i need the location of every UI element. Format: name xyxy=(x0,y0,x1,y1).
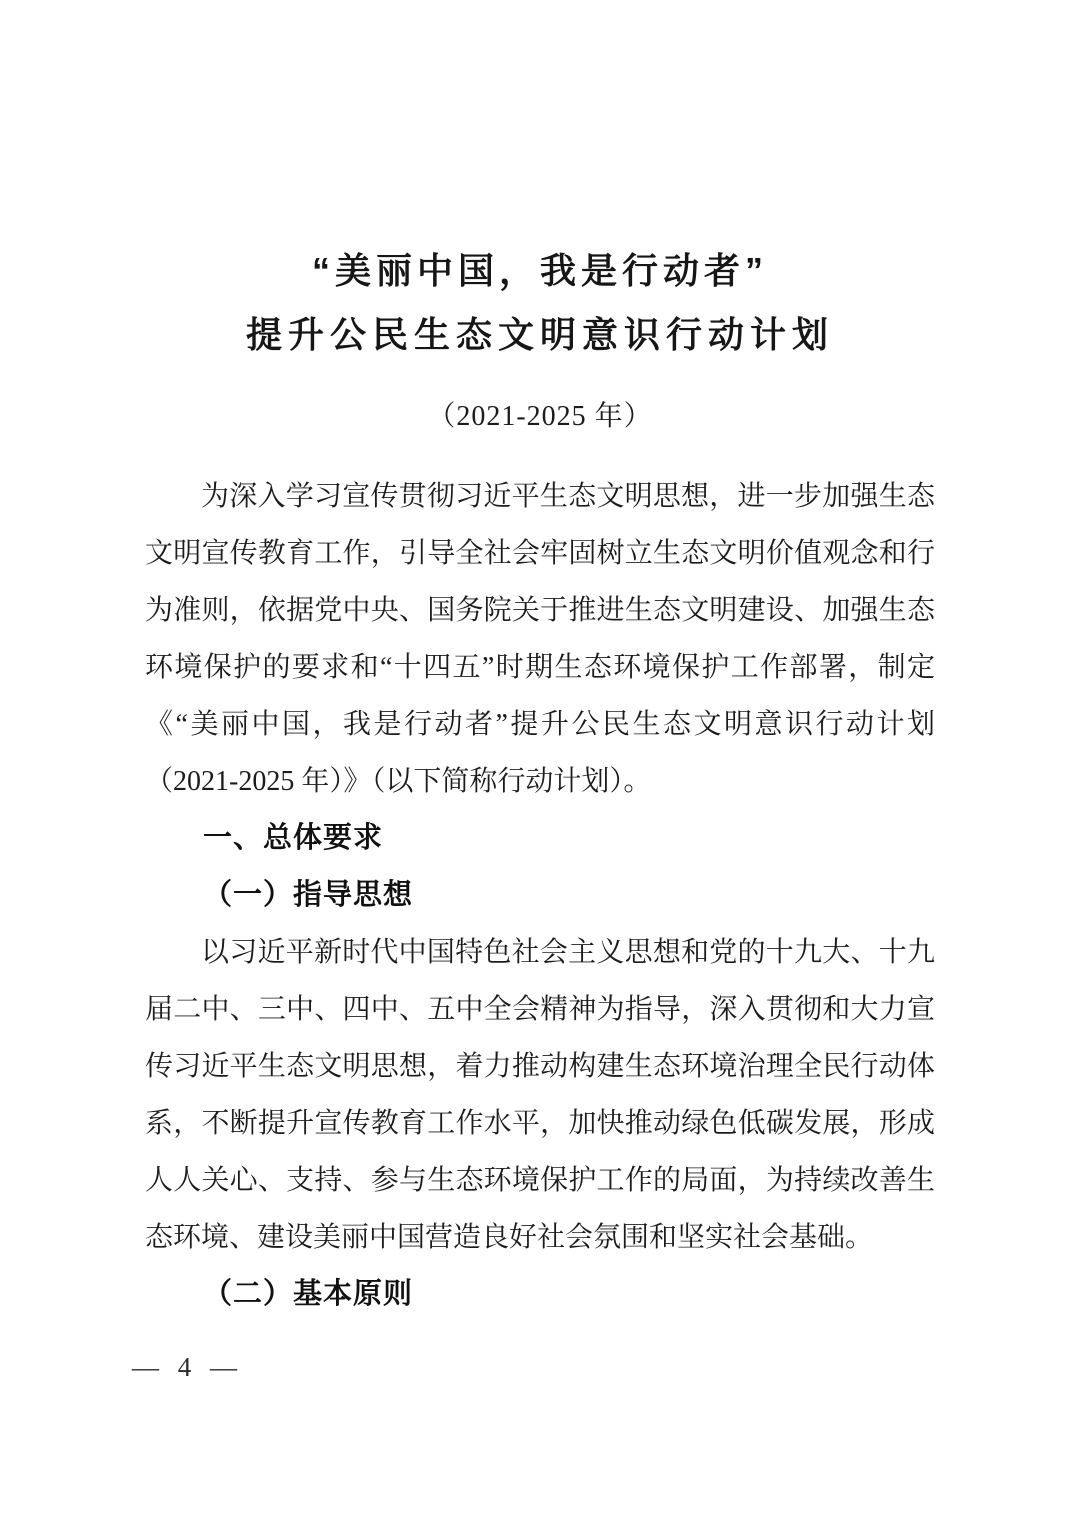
document-page: “美丽中国，我是行动者” 提升公民生态文明意识行动计划 （2021-2025 年… xyxy=(0,0,1080,1527)
paragraph-line: 为准则，依据党中央、国务院关于推进生态文明建设、加强生态 xyxy=(145,582,935,639)
paragraph-line: 传习近平生态文明思想，着力推动构建生态环境治理全民行动体 xyxy=(145,1038,935,1095)
subsection-heading-guiding-ideology: （一）指导思想 xyxy=(145,867,935,924)
subsection-heading-basic-principles: （二）基本原则 xyxy=(145,1266,935,1323)
paragraph-line: （2021-2025 年）》（以下简称行动计划）。 xyxy=(145,753,935,810)
document-title-line1: “美丽中国，我是行动者” xyxy=(0,243,1080,294)
paragraph-line: 人人关心、支持、参与生态环境保护工作的局面，为持续改善生 xyxy=(145,1152,935,1209)
paragraph-line: 届二中、三中、四中、五中全会精神为指导，深入贯彻和大力宣 xyxy=(145,981,935,1038)
paragraph-line: 系，不断提升宣传教育工作水平，加快推动绿色低碳发展，形成 xyxy=(145,1095,935,1152)
paragraph-line: 文明宣传教育工作，引导全社会牢固树立生态文明价值观念和行 xyxy=(145,525,935,582)
paragraph-line: 以习近平新时代中国特色社会主义思想和党的十九大、十九 xyxy=(145,924,935,981)
paragraph-line: 为深入学习宣传贯彻习近平生态文明思想，进一步加强生态 xyxy=(145,468,935,525)
paragraph-line: 态环境、建设美丽中国营造良好社会氛围和坚实社会基础。 xyxy=(145,1209,935,1266)
document-title-line2: 提升公民生态文明意识行动计划 xyxy=(0,307,1080,358)
page-number: — 4 — xyxy=(132,1352,243,1383)
document-body: 为深入学习宣传贯彻习近平生态文明思想，进一步加强生态 文明宣传教育工作，引导全社… xyxy=(145,468,935,1323)
document-date-range: （2021-2025 年） xyxy=(0,394,1080,434)
paragraph-line: 《“美丽中国，我是行动者”提升公民生态文明意识行动计划 xyxy=(145,696,935,753)
section-heading-overall-requirements: 一、总体要求 xyxy=(145,810,935,867)
paragraph-line: 环境保护的要求和“十四五”时期生态环境保护工作部署，制定 xyxy=(145,639,935,696)
